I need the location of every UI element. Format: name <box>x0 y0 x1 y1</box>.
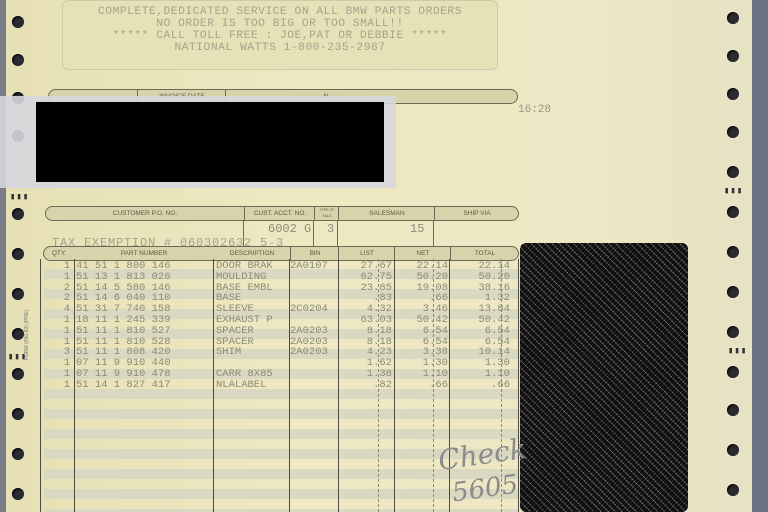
cell-total: .66 <box>450 380 510 391</box>
type-of-sale-value: 3 <box>327 222 334 236</box>
perforation-mark: ▮▮▮ <box>728 346 747 356</box>
cell-bin: 2A0203 <box>290 347 338 358</box>
salesman-label: SALESMAN <box>338 207 435 220</box>
feed-hole <box>727 246 739 258</box>
feed-hole <box>727 166 739 178</box>
redaction-box <box>36 102 384 182</box>
cell-qty: 1 <box>44 380 70 391</box>
feed-hole <box>12 288 24 300</box>
cell-part: 51 14 1 827 417 <box>76 380 212 391</box>
feed-hole <box>12 448 24 460</box>
form-code: FORM (550-93) (PRE) <box>24 310 30 360</box>
feed-hole <box>727 444 739 456</box>
ship-via-label: SHIP VIA <box>434 207 519 220</box>
cust-acct-label: CUST. ACCT. NO. <box>244 207 315 220</box>
table-row: 151 14 1 827 417NLALABEL.82.66.66 <box>44 380 518 391</box>
feed-hole <box>12 408 24 420</box>
cell-bin: 2A0107 <box>290 261 338 272</box>
cell-list: .82 <box>338 380 392 391</box>
invoice-time: 16:28 <box>518 104 551 116</box>
type-of-sale-label: TYPE OF SALE <box>314 207 339 220</box>
cell-desc: NLALABEL <box>216 380 290 391</box>
cell-desc: SHIM <box>216 347 290 358</box>
feed-hole <box>12 16 24 28</box>
security-pattern-redaction <box>520 243 688 512</box>
banner-line: ***** CALL TOLL FREE : JOE,PAT OR DEBBIE… <box>63 30 497 42</box>
feed-hole <box>727 88 739 100</box>
feed-hole <box>727 206 739 218</box>
salesman-value: 15 <box>410 222 424 236</box>
feed-hole <box>727 12 739 24</box>
feed-hole <box>727 286 739 298</box>
feed-hole <box>12 488 24 500</box>
feed-hole <box>12 208 24 220</box>
order-header-bar: CUSTOMER P.O. NO. CUST. ACCT. NO. TYPE O… <box>45 206 519 221</box>
feed-hole <box>12 328 24 340</box>
cust-acct-value: 6002 G <box>268 222 311 236</box>
feed-hole <box>727 50 739 62</box>
feed-hole <box>727 326 739 338</box>
feed-hole <box>727 484 739 496</box>
feed-hole <box>727 126 739 138</box>
customer-po-label: CUSTOMER P.O. NO. <box>46 207 244 220</box>
feed-hole <box>12 248 24 260</box>
cell-bin: 2C0204 <box>290 304 338 315</box>
cell-net: .66 <box>394 380 448 391</box>
perforation-mark: ▮▮▮ <box>724 186 743 196</box>
banner-line: COMPLETE,DEDICATED SERVICE ON ALL BMW PA… <box>63 6 497 18</box>
feed-hole <box>727 366 739 378</box>
banner-line: NO ORDER IS TOO BIG OR TOO SMALL!! <box>63 18 497 30</box>
feed-hole <box>12 368 24 380</box>
promo-banner: COMPLETE,DEDICATED SERVICE ON ALL BMW PA… <box>62 0 498 70</box>
feed-hole <box>727 404 739 416</box>
banner-line: NATIONAL WATTS 1-800-235-2987 <box>63 42 497 54</box>
perforation-mark: ▮▮▮ <box>10 192 29 202</box>
feed-hole <box>12 54 24 66</box>
